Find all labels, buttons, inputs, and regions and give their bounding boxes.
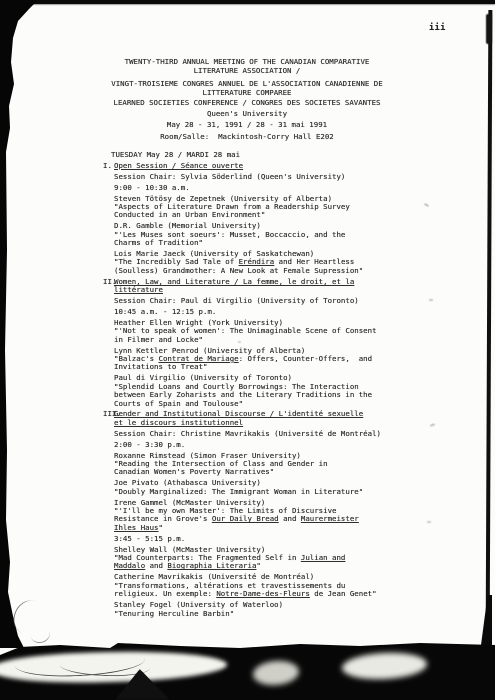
page-number: iii xyxy=(429,23,446,33)
session-heading: II.Women, Law, and Literature / La femme… xyxy=(114,278,448,295)
scanned-document-page: iii TWENTY-THIRD ANNUAL MEETING OF THE C… xyxy=(0,0,495,700)
session-title-line: littérature xyxy=(114,286,448,294)
program-line: "Tenuring Herculine Barbin" xyxy=(114,610,448,618)
program-line: 9:00 - 10:30 a.m. xyxy=(114,184,448,192)
program-block: Irene Gammel (McMaster University)"'I'll… xyxy=(114,499,448,533)
scan-speck xyxy=(429,299,433,301)
title-english-line2: LITERATURE ASSOCIATION / xyxy=(96,67,398,75)
program-block: Session Chair: Christine Mavrikakis (Uni… xyxy=(114,430,448,438)
session-title-line: Women, Law, and Literature / La femme, l… xyxy=(114,278,448,286)
program-block: Catherine Mavrikakis (Université de Mont… xyxy=(114,573,448,598)
session-heading: III.Gender and Institutional Discourse /… xyxy=(114,410,448,427)
program-block: 9:00 - 10:30 a.m. xyxy=(114,184,448,192)
program-line: Resistance in Grove's Our Daily Bread an… xyxy=(114,515,448,523)
program-block: Lynn Kettler Penrod (University of Alber… xyxy=(114,347,448,372)
program-block: Session Chair: Paul di Virgilio (Univers… xyxy=(114,297,448,305)
session-numeral: I. xyxy=(103,162,112,170)
program-line: Session Chair: Sylvia Söderlind (Queen's… xyxy=(114,173,448,181)
program-line: Conducted in an Urban Environment" xyxy=(114,211,448,219)
program-block: Session Chair: Sylvia Söderlind (Queen's… xyxy=(114,173,448,181)
program-block: Stanley Fogel (University of Waterloo)"T… xyxy=(114,601,448,618)
program-line: (Soulless) Grandmother: A New Look at Fe… xyxy=(114,267,448,275)
program-line: Session Chair: Christine Mavrikakis (Uni… xyxy=(114,430,448,438)
scan-border-bottom xyxy=(0,641,495,700)
session-title-line: Open Session / Séance ouverte xyxy=(114,162,448,170)
program-block: Steven Tötösy de Zepetnek (University of… xyxy=(114,195,448,220)
scan-speck xyxy=(238,341,241,343)
day-heading: TUESDAY May 28 / MARDI 28 mai xyxy=(111,151,448,159)
session-numeral: III. xyxy=(103,410,121,418)
program-block: Paul di Virgilio (University of Toronto)… xyxy=(114,374,448,408)
program-block: 3:45 - 5:15 p.m. xyxy=(114,535,448,543)
program-line: Maddalo and Biographia Literaria" xyxy=(114,562,448,570)
program-block: Heather Ellen Wright (York University)"'… xyxy=(114,319,448,344)
session-title-line: et le discours institutionnel xyxy=(114,419,448,427)
venue-line: Queen's University xyxy=(96,110,398,118)
program-line: Charms of Tradition" xyxy=(114,239,448,247)
program-block: Roxanne Rimstead (Simon Fraser Universit… xyxy=(114,452,448,477)
dates-line: May 28 - 31, 1991 / 28 - 31 mai 1991 xyxy=(96,121,398,129)
program-line: Ihles Haus" xyxy=(114,524,448,532)
program-line: Courts of Spain and Toulouse" xyxy=(114,400,448,408)
program-block: D.R. Gamble (Memorial University)"'Les M… xyxy=(114,222,448,247)
program-line: Canadian Women's Poverty Narratives" xyxy=(114,468,448,476)
scan-border-top xyxy=(0,0,495,4)
program-block: Joe Pivato (Athabasca University)"Doubly… xyxy=(114,479,448,496)
scan-border-right xyxy=(486,10,493,644)
program-line: 2:00 - 3:30 p.m. xyxy=(114,441,448,449)
program-line: 10:45 a.m. - 12:15 p.m. xyxy=(114,308,448,316)
session-numeral: II. xyxy=(103,278,116,286)
program-line: Invitations to Treat" xyxy=(114,363,448,371)
program-line: Session Chair: Paul di Virgilio (Univers… xyxy=(114,297,448,305)
conference-line: LEARNED SOCIETIES CONFERENCE / CONGRES D… xyxy=(96,99,398,107)
program-block: 2:00 - 3:30 p.m. xyxy=(114,441,448,449)
program-line: 3:45 - 5:15 p.m. xyxy=(114,535,448,543)
scan-border-left xyxy=(0,0,40,648)
scan-border-right-blotch xyxy=(486,14,492,44)
program-block: Lois Marie Jaeck (University of Saskatch… xyxy=(114,250,448,275)
program-line: religieux. Un exemple: Notre-Dame-des-Fl… xyxy=(114,590,448,598)
scan-smudge xyxy=(341,651,427,681)
program-block: 10:45 a.m. - 12:15 p.m. xyxy=(114,308,448,316)
program: TUESDAY May 28 / MARDI 28 mai I.Open Ses… xyxy=(103,151,448,620)
room-line: Room/Salle: Mackintosh-Corry Hall E202 xyxy=(96,133,398,141)
program-sections: I.Open Session / Séance ouverteSession C… xyxy=(103,162,448,618)
program-block: Shelley Wall (McMaster University)"Mad C… xyxy=(114,546,448,571)
scan-smudge xyxy=(252,659,300,687)
program-line: "Doubly Marginalized: The Immigrant Woma… xyxy=(114,488,448,496)
session-heading: I.Open Session / Séance ouverte xyxy=(114,162,448,170)
scan-speck xyxy=(427,521,431,523)
title-french-line2: LITTERATURE COMPAREE xyxy=(96,89,398,97)
program-line: in Filmer and Locke" xyxy=(114,336,448,344)
